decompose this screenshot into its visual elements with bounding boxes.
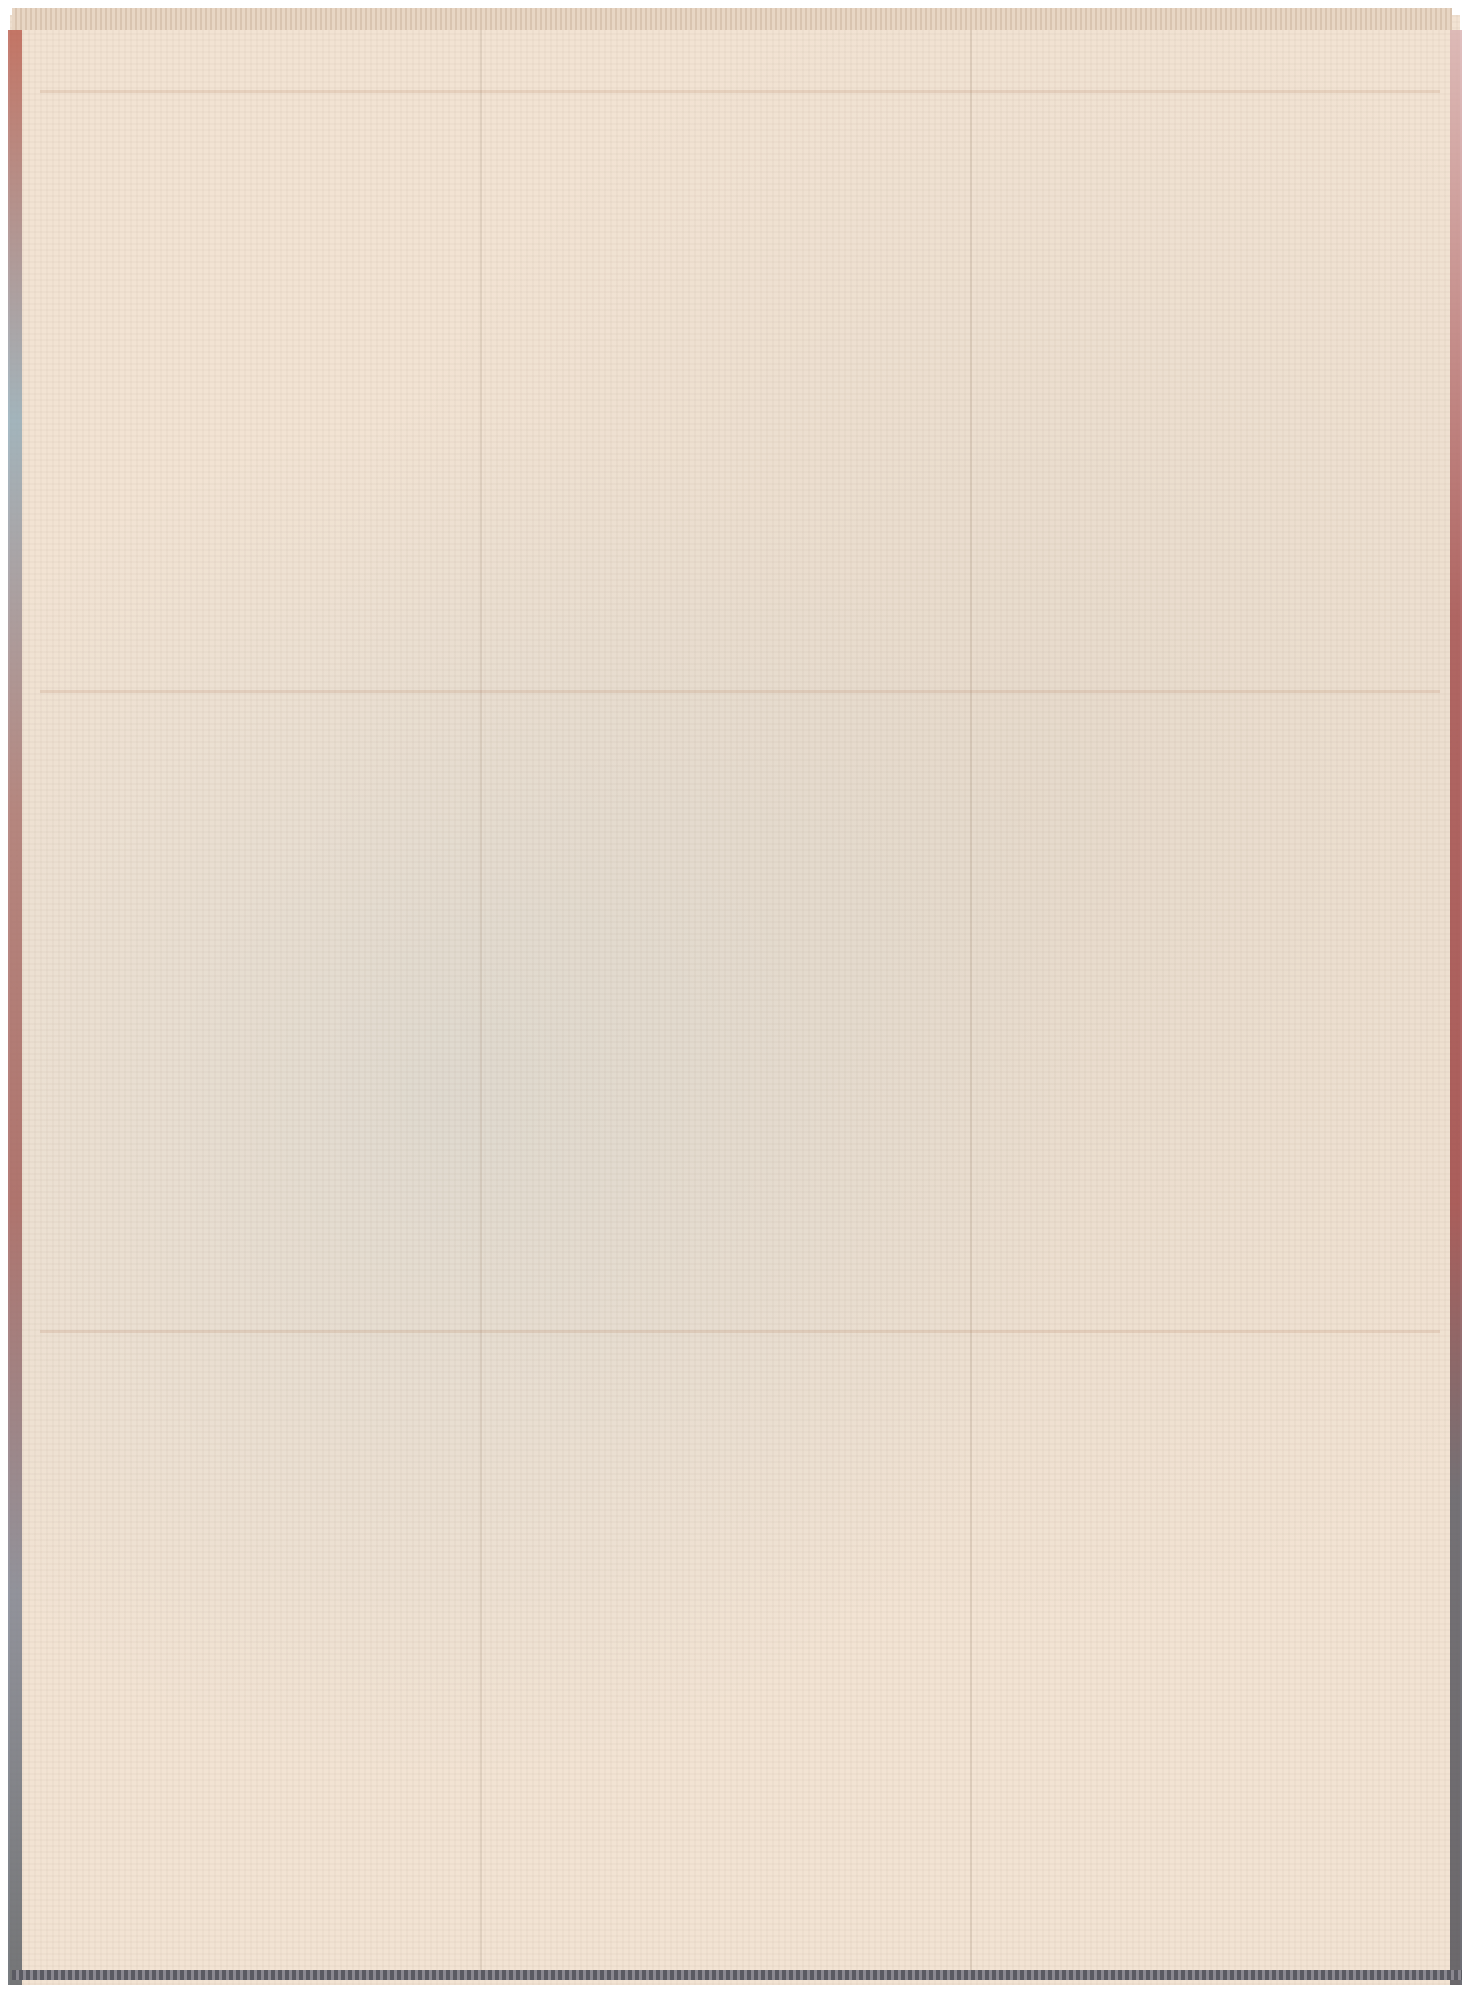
- rug-pattern-band: [40, 690, 1440, 693]
- rug-bottom-edge: [12, 1970, 1462, 1980]
- rug-left-edge: [8, 30, 22, 1985]
- rug-top-fringe: [12, 8, 1452, 30]
- rug-pattern-line: [970, 30, 972, 1970]
- rug-pattern-line: [480, 30, 482, 1970]
- rug-right-edge: [1450, 30, 1462, 1985]
- rug-field: [10, 15, 1460, 1985]
- rug-pattern-band: [40, 90, 1440, 93]
- rug-pattern-band: [40, 1330, 1440, 1333]
